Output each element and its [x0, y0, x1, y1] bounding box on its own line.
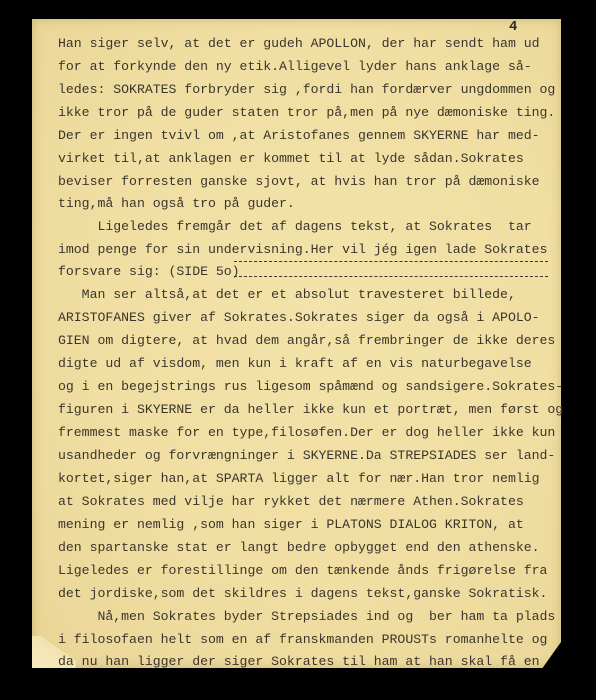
text-line: Nå,men Sokrates byder Strepsiades ind og… — [58, 609, 555, 625]
text-line: digte ud af visdom, men kun i kraft af e… — [58, 356, 532, 372]
text-line: den spartanske stat er langt bedre opbyg… — [58, 540, 540, 556]
blank-line-dashed — [234, 261, 548, 262]
text-line: imod penge for sin undervisning.Her vil … — [58, 242, 547, 258]
text-line: Han siger selv, at det er gudeh APOLLON,… — [58, 36, 540, 52]
text-line: og i en begejstrings rus ligesom spåmænd… — [58, 379, 563, 395]
page-number: 4 — [509, 19, 517, 35]
text-line: usandheder og forvrængninger i SKYERNE.D… — [58, 448, 555, 464]
text-line: figuren i SKYERNE er da heller ikke kun … — [58, 402, 563, 418]
text-line: mening er nemlig ,som han siger i PLATON… — [58, 517, 524, 533]
text-line: ARISTOFANES giver af Sokrates.Sokrates s… — [58, 310, 540, 326]
text-line: ting,må han også tro på guder. — [58, 196, 295, 212]
text-line: Der er ingen tvivl om ,at Aristofanes ge… — [58, 128, 540, 144]
text-line: for at forkynde den ny etik.Alligevel ly… — [58, 59, 532, 75]
text-line: Man ser altså,at det er et absolut trave… — [58, 287, 516, 303]
text-line: Ligeledes fremgår det af dagens tekst, a… — [58, 219, 532, 235]
text-line: kortet,siger han,at SPARTA ligger alt fo… — [58, 471, 540, 487]
text-line: virket til,at anklagen er kommet til at … — [58, 151, 524, 167]
text-line: fremmest maske for en type,filosøfen.Der… — [58, 425, 555, 441]
text-line: GIEN om digtere, at hvad dem angår,så fr… — [58, 333, 555, 349]
blank-line-dashed — [234, 276, 548, 277]
text-line: da nu han ligger der siger Sokrates til … — [58, 654, 540, 670]
text-line: beviser forresten ganske sjovt, at hvis … — [58, 174, 540, 190]
text-line: i filosofaen helt som en af franskmanden… — [58, 632, 547, 648]
text-line: det jordiske,som det skildres i dagens t… — [58, 586, 547, 602]
text-line: ikke tror på de guder staten tror på,men… — [58, 105, 555, 121]
text-line: ledes: SOKRATES forbryder sig ,fordi han… — [58, 82, 555, 98]
text-line: at Sokrates med vilje har rykket det nær… — [58, 494, 524, 510]
text-line: forsvare sig: (SIDE 5o) — [58, 264, 240, 280]
text-line: Ligeledes er forestillinge om den tænken… — [58, 563, 547, 579]
